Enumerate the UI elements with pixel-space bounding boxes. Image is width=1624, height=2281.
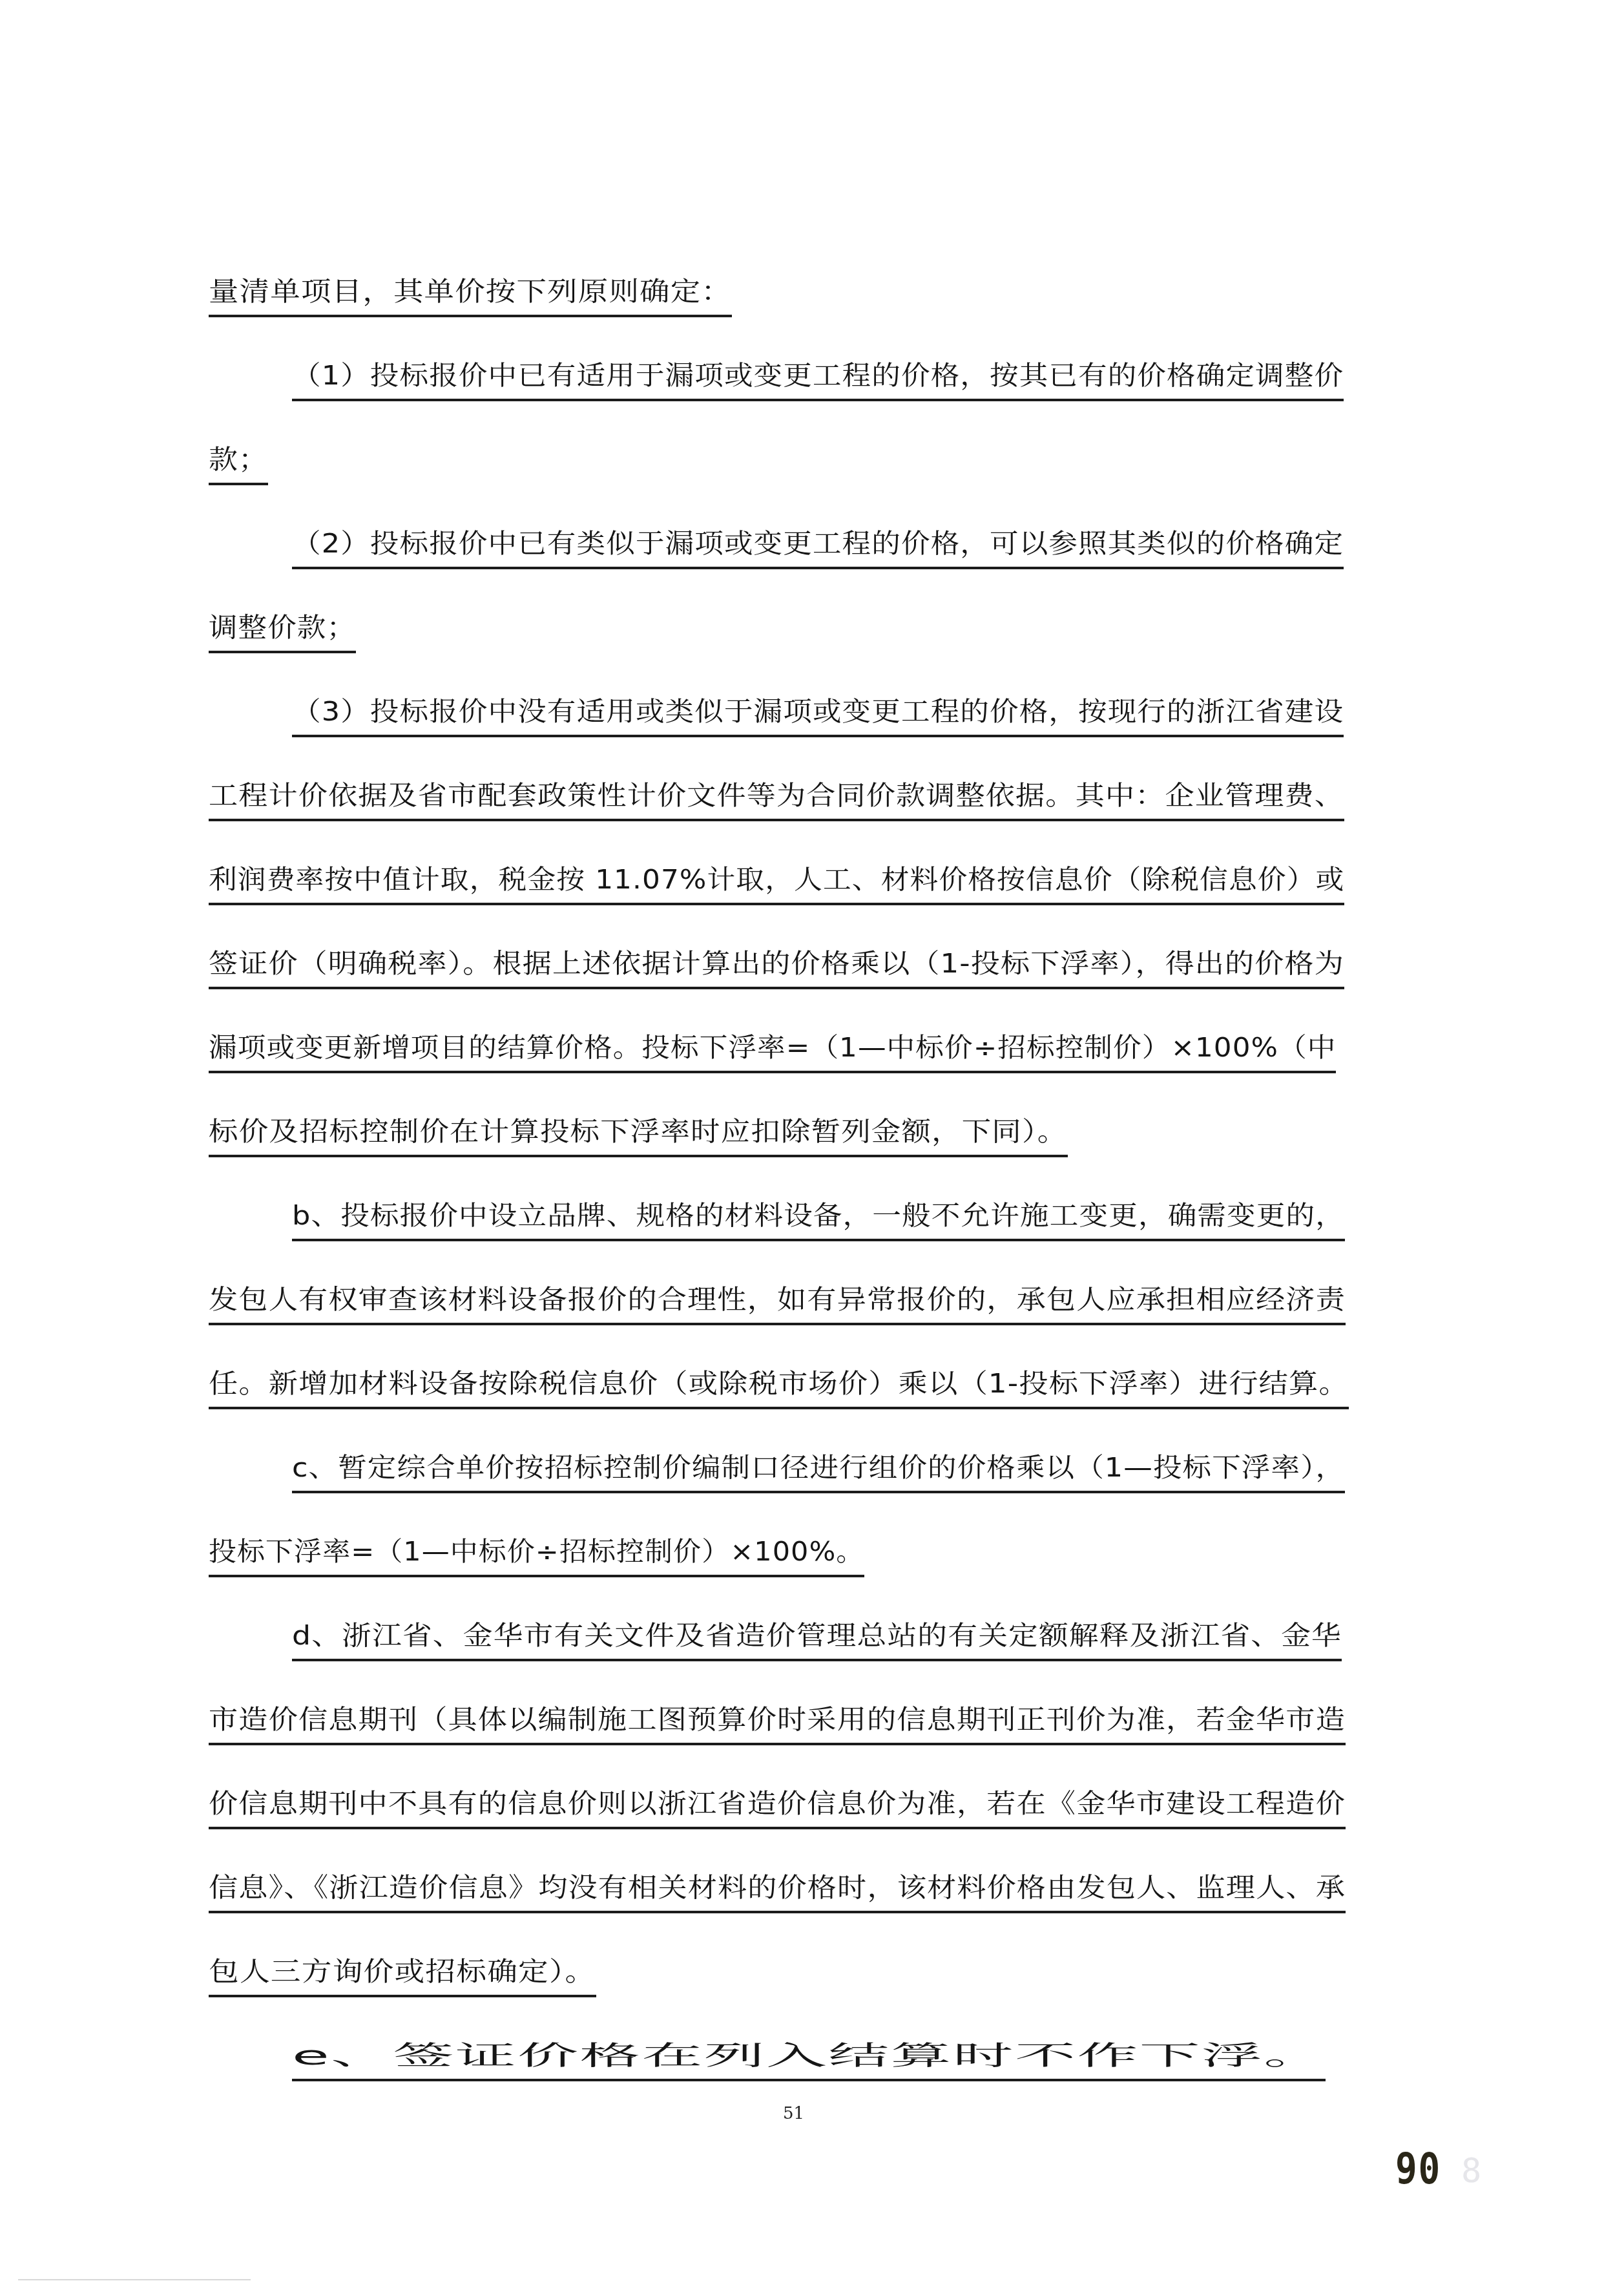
underlined-text-line: 发包人有权审查该材料设备报价的合理性，如有异常报价的，承包人应承担相应经济责 <box>209 1283 1346 1325</box>
underlined-text-line: 价信息期刊中不具有的信息价则以浙江省造价信息价为准，若在《金华市建设工程造价 <box>209 1787 1346 1829</box>
underlined-text-line: 款； <box>209 443 268 485</box>
scan-edge-mark <box>18 2279 251 2280</box>
underlined-text-line: 工程计价依据及省市配套政策性计价文件等为合同价款调整依据。其中：企业管理费、 <box>209 779 1344 821</box>
underlined-text-line: （2）投标报价中已有类似于漏项或变更工程的价格，可以参照其类似的价格确定 <box>292 527 1344 569</box>
document-page: 量清单项目，其单价按下列原则确定：（1）投标报价中已有适用于漏项或变更工程的价格… <box>0 0 1624 2281</box>
underlined-text-line: 信息》、《浙江造价信息》均没有相关材料的价格时，该材料价格由发包人、监理人、承 <box>209 1871 1346 1913</box>
underlined-text-line: d、浙江省、金华市有关文件及省造价管理总站的有关定额解释及浙江省、金华 <box>292 1619 1342 1661</box>
underlined-text-line: 量清单项目，其单价按下列原则确定： <box>209 275 732 317</box>
underlined-text-line: e、签证价格在列入结算时不作下浮。 <box>292 2039 1326 2081</box>
underlined-text-line: b、投标报价中设立品牌、规格的材料设备，一般不允许施工变更，确需变更的， <box>292 1199 1345 1241</box>
underlined-text-line: 任。新增加材料设备按除税信息价（或除税市场价）乘以（1-投标下浮率）进行结算。 <box>209 1367 1349 1409</box>
underlined-text-line: 漏项或变更新增项目的结算价格。投标下浮率=（1—中标价÷招标控制价）×100%（… <box>209 1031 1336 1073</box>
underlined-text-line: （1）投标报价中已有适用于漏项或变更工程的价格，按其已有的价格确定调整价 <box>292 359 1344 401</box>
underlined-text-line: 投标下浮率=（1—中标价÷招标控制价）×100%。 <box>209 1535 864 1577</box>
stamped-sheet-number: 90 <box>1395 2144 1441 2194</box>
page-number: 51 <box>783 2104 804 2123</box>
underlined-text-line: 调整价款； <box>209 611 356 653</box>
underlined-text-line: 签证价（明确税率）。根据上述依据计算出的价格乘以（1-投标下浮率），得出的价格为 <box>209 947 1344 989</box>
underlined-text-line: 市造价信息期刊（具体以编制施工图预算价时采用的信息期刊正刊价为准，若金华市造 <box>209 1703 1346 1745</box>
stamped-ghost-digit: 8 <box>1461 2152 1481 2191</box>
underlined-text-line: 标价及招标控制价在计算投标下浮率时应扣除暂列金额，下同）。 <box>209 1115 1067 1157</box>
underlined-text-line: c、暂定综合单价按招标控制价编制口径进行组价的价格乘以（1—投标下浮率）， <box>292 1451 1345 1493</box>
underlined-text-line: （3）投标报价中没有适用或类似于漏项或变更工程的价格，按现行的浙江省建设 <box>292 695 1344 737</box>
underlined-text-line: 利润费率按中值计取，税金按 11.07%计取，人工、材料价格按信息价（除税信息价… <box>209 863 1344 905</box>
underlined-text-line: 包人三方询价或招标确定）。 <box>209 1955 596 1997</box>
